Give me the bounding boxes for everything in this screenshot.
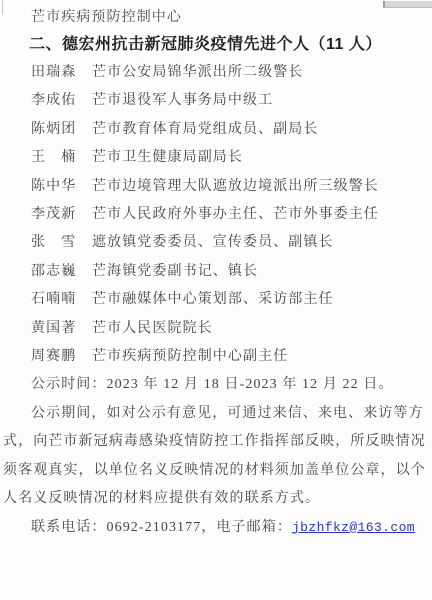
previous-section-tail-line: 芒市疾病预防控制中心 bbox=[3, 5, 429, 31]
person-title: 芒市人民政府外事办主任、芒市外事委主任 bbox=[92, 207, 379, 222]
person-row: 李成佑芒市退役军人事务局中级工 bbox=[3, 87, 429, 115]
person-title: 芒市退役军人事务局中级工 bbox=[92, 93, 273, 108]
person-row: 石喃喃芒市融媒体中心策划部、采访部主任 bbox=[3, 286, 429, 314]
document-content: 芒市疾病预防控制中心 二、德宏州抗击新冠肺炎疫情先进个人（11 人） 田瑞森芒市… bbox=[3, 0, 429, 542]
person-name: 李成佑 bbox=[31, 87, 79, 115]
person-title: 芒海镇党委副书记、镇长 bbox=[92, 264, 258, 279]
person-title: 芒市卫生健康局副局长 bbox=[92, 150, 243, 165]
notice-paragraph-line: 公示期间，如对公示有意见，可通过来信、来电、来访等方 bbox=[3, 400, 429, 428]
person-name: 黄国著 bbox=[31, 315, 79, 343]
person-title: 遮放镇党委委员、宣传委员、副镇长 bbox=[92, 235, 334, 250]
contact-line: 联系电话：0692-2103177，电子邮箱：jbzhfkz@163.com bbox=[3, 514, 429, 542]
person-name: 王 楠 bbox=[31, 144, 79, 172]
person-title: 芒市疾病预防控制中心副主任 bbox=[92, 349, 288, 364]
person-name: 陈中华 bbox=[31, 173, 79, 201]
person-row: 陈炳团芒市教育体育局党组成员、副局长 bbox=[3, 116, 429, 144]
person-row: 邵志巍芒海镇党委副书记、镇长 bbox=[3, 258, 429, 286]
person-name: 邵志巍 bbox=[31, 258, 79, 286]
person-title: 芒市公安局锦华派出所二级警长 bbox=[92, 65, 303, 80]
person-name: 李茂新 bbox=[31, 201, 79, 229]
notice-paragraph-line: 须客观真实，以单位名义反映情况的材料须加盖单位公章，以个 bbox=[3, 457, 429, 485]
person-row: 张 雪遮放镇党委委员、宣传委员、副镇长 bbox=[3, 229, 429, 257]
email-link[interactable]: jbzhfkz@163.com bbox=[292, 520, 415, 535]
person-name: 石喃喃 bbox=[31, 286, 79, 314]
person-title: 芒市边境管理大队遮放边境派出所三级警长 bbox=[92, 179, 379, 194]
person-row: 周赛鹏芒市疾病预防控制中心副主任 bbox=[3, 343, 429, 371]
person-name: 张 雪 bbox=[31, 229, 79, 257]
document-page: 芒市疾病预防控制中心 二、德宏州抗击新冠肺炎疫情先进个人（11 人） 田瑞森芒市… bbox=[0, 0, 432, 600]
person-name: 陈炳团 bbox=[31, 116, 79, 144]
person-row: 黄国著芒市人民医院院长 bbox=[3, 315, 429, 343]
person-title: 芒市融媒体中心策划部、采访部主任 bbox=[92, 292, 334, 307]
notice-paragraph-line: 人名义反映情况的材料应提供有效的联系方式。 bbox=[3, 485, 429, 513]
publicity-period-line: 公示时间：2023 年 12 月 18 日-2023 年 12 月 22 日。 bbox=[3, 371, 429, 399]
person-row: 陈中华芒市边境管理大队遮放边境派出所三级警长 bbox=[3, 173, 429, 201]
person-row: 李茂新芒市人民政府外事办主任、芒市外事委主任 bbox=[3, 201, 429, 229]
person-name: 周赛鹏 bbox=[31, 343, 79, 371]
person-title: 芒市人民医院院长 bbox=[92, 321, 213, 336]
person-title: 芒市教育体育局党组成员、副局长 bbox=[92, 122, 319, 137]
contact-label: 联系电话：0692-2103177，电子邮箱： bbox=[31, 520, 292, 535]
people-list: 田瑞森芒市公安局锦华派出所二级警长 李成佑芒市退役军人事务局中级工 陈炳团芒市教… bbox=[3, 59, 429, 371]
notice-paragraph-line: 式，向芒市新冠病毒感染疫情防控工作指挥部反映，所反映情况 bbox=[3, 428, 429, 456]
section-heading: 二、德宏州抗击新冠肺炎疫情先进个人（11 人） bbox=[3, 31, 429, 59]
notice-paragraph: 公示期间，如对公示有意见，可通过来信、来电、来访等方 式，向芒市新冠病毒感染疫情… bbox=[3, 400, 429, 514]
person-row: 王 楠芒市卫生健康局副局长 bbox=[3, 144, 429, 172]
person-name: 田瑞森 bbox=[31, 59, 79, 87]
person-row: 田瑞森芒市公安局锦华派出所二级警长 bbox=[3, 59, 429, 87]
